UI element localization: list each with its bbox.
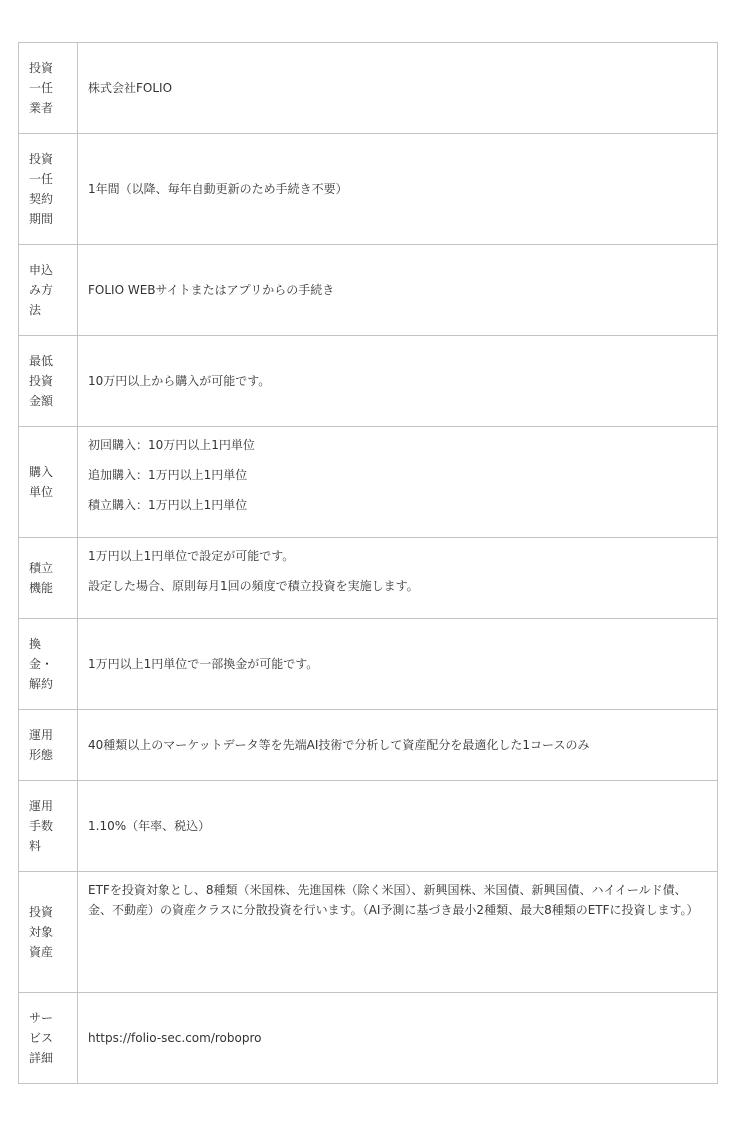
row-value: 40種類以上のマーケットデータ等を先端AI技術で分析して資産配分を最適化した1コ… xyxy=(78,710,718,781)
row-label: 投資一任契約期間 xyxy=(19,134,78,245)
value-text: 1万円以上1円単位で設定が可能です。 xyxy=(88,546,707,566)
value-text: 1.10%（年率、税込） xyxy=(88,816,707,836)
row-label: 換金・解約 xyxy=(19,619,78,710)
table-row-accumulation: 積立機能 1万円以上1円単位で設定が可能です。 設定した場合、原則毎月1回の頻度… xyxy=(19,538,718,619)
row-label: 最低投資金額 xyxy=(19,336,78,427)
row-value: https://folio-sec.com/robopro xyxy=(78,993,718,1084)
table-row-service-details: サービス詳細 https://folio-sec.com/robopro xyxy=(19,993,718,1084)
label-text: 購入単位 xyxy=(29,462,59,502)
row-value: 1万円以上1円単位で一部換金が可能です。 xyxy=(78,619,718,710)
service-url-link[interactable]: https://folio-sec.com/robopro xyxy=(88,1031,261,1045)
row-label: 購入単位 xyxy=(19,427,78,538)
value-text: 1万円以上1円単位で一部換金が可能です。 xyxy=(88,654,707,674)
row-value: 1年間（以降、毎年自動更新のため手続き不要） xyxy=(78,134,718,245)
label-text: 運用手数料 xyxy=(29,796,59,856)
row-value: FOLIO WEBサイトまたはアプリからの手続き xyxy=(78,245,718,336)
value-text: FOLIO WEBサイトまたはアプリからの手続き xyxy=(88,280,707,300)
value-text: 40種類以上のマーケットデータ等を先端AI技術で分析して資産配分を最適化した1コ… xyxy=(88,735,707,755)
row-label: 投資一任業者 xyxy=(19,43,78,134)
label-text: サービス詳細 xyxy=(29,1008,59,1068)
row-value: ETFを投資対象とし、8種類（米国株、先進国株（除く米国）、新興国株、米国債、新… xyxy=(78,872,718,993)
row-label: 投資対象資産 xyxy=(19,872,78,993)
value-text: 設定した場合、原則毎月1回の頻度で積立投資を実施します。 xyxy=(88,576,707,596)
row-value: 1万円以上1円単位で設定が可能です。 設定した場合、原則毎月1回の頻度で積立投資… xyxy=(78,538,718,619)
value-text: 株式会社FOLIO xyxy=(88,78,707,98)
row-label: サービス詳細 xyxy=(19,993,78,1084)
value-text: 積立購入：1万円以上1円単位 xyxy=(88,495,707,515)
row-label: 運用形態 xyxy=(19,710,78,781)
table-row-application-method: 申込み方法 FOLIO WEBサイトまたはアプリからの手続き xyxy=(19,245,718,336)
row-label: 積立機能 xyxy=(19,538,78,619)
label-text: 申込み方法 xyxy=(29,260,59,320)
table-row-redemption: 換金・解約 1万円以上1円単位で一部換金が可能です。 xyxy=(19,619,718,710)
label-text: 投資一任業者 xyxy=(29,58,59,118)
value-text: 10万円以上から購入が可能です。 xyxy=(88,371,707,391)
table-row-management-style: 運用形態 40種類以上のマーケットデータ等を先端AI技術で分析して資産配分を最適… xyxy=(19,710,718,781)
row-value: 初回購入：10万円以上1円単位 追加購入：1万円以上1円単位 積立購入：1万円以… xyxy=(78,427,718,538)
table-row-purchase-unit: 購入単位 初回購入：10万円以上1円単位 追加購入：1万円以上1円単位 積立購入… xyxy=(19,427,718,538)
row-value: 10万円以上から購入が可能です。 xyxy=(78,336,718,427)
row-label: 運用手数料 xyxy=(19,781,78,872)
service-spec-table: 投資一任業者 株式会社FOLIO 投資一任契約期間 1年間（以降、毎年自動更新の… xyxy=(18,42,718,1084)
table-row-contract-period: 投資一任契約期間 1年間（以降、毎年自動更新のため手続き不要） xyxy=(19,134,718,245)
label-text: 投資対象資産 xyxy=(29,902,59,962)
label-text: 換金・解約 xyxy=(29,634,59,694)
label-text: 運用形態 xyxy=(29,725,59,765)
label-text: 最低投資金額 xyxy=(29,351,59,411)
table-row-minimum-investment: 最低投資金額 10万円以上から購入が可能です。 xyxy=(19,336,718,427)
row-label: 申込み方法 xyxy=(19,245,78,336)
value-text: 1年間（以降、毎年自動更新のため手続き不要） xyxy=(88,179,707,199)
table-row-provider: 投資一任業者 株式会社FOLIO xyxy=(19,43,718,134)
row-value: 株式会社FOLIO xyxy=(78,43,718,134)
value-text: 初回購入：10万円以上1円単位 xyxy=(88,435,707,455)
table-row-management-fee: 運用手数料 1.10%（年率、税込） xyxy=(19,781,718,872)
value-text: 追加購入：1万円以上1円単位 xyxy=(88,465,707,485)
table-row-investment-assets: 投資対象資産 ETFを投資対象とし、8種類（米国株、先進国株（除く米国）、新興国… xyxy=(19,872,718,993)
label-text: 積立機能 xyxy=(29,558,59,598)
row-value: 1.10%（年率、税込） xyxy=(78,781,718,872)
label-text: 投資一任契約期間 xyxy=(29,149,59,229)
value-text: ETFを投資対象とし、8種類（米国株、先進国株（除く米国）、新興国株、米国債、新… xyxy=(88,880,707,920)
